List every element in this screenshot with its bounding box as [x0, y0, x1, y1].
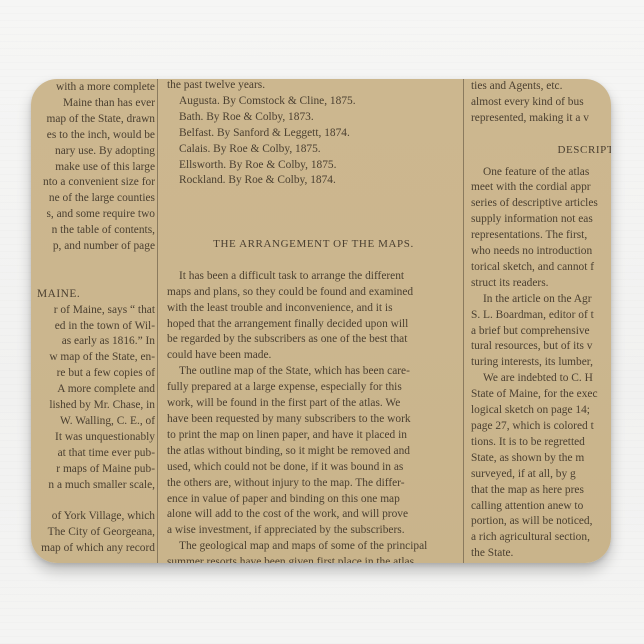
text-line: a wise investment, if appreciated by the… [167, 523, 460, 539]
left-paragraph-b: r of Maine, says “ thated in the town of… [31, 303, 155, 494]
text-line: a rich agricultural section, [471, 530, 611, 546]
text-line: the others are, without injury to the ma… [167, 476, 460, 492]
text-line: The outline map of the State, which has … [167, 364, 460, 380]
text-line: the State. [471, 546, 611, 562]
right-paragraph-b: One feature of the atlasmeet with the co… [471, 165, 611, 563]
text-line: map of the State, drawn [31, 112, 155, 128]
text-line: have been requested by many subscribers … [167, 412, 460, 428]
text-line: Calais. By Roe & Colby, 1875. [167, 142, 460, 158]
text-line: portion, as will be noticed, [471, 514, 611, 530]
text-line: used, which could not be done, if it was… [167, 460, 460, 476]
text-line: nto a convenient size for [31, 175, 155, 191]
text-line: s, and some require two [31, 207, 155, 223]
text-line: One feature of the atlas [471, 165, 611, 181]
text-line: S. L. Boardman, editor of t [471, 308, 611, 324]
text-line: es to the inch, would be [31, 128, 155, 144]
text-line: Belfast. By Sanford & Leggett, 1874. [167, 126, 460, 142]
text-line: Rockland. By Roe & Colby, 1874. [167, 173, 460, 189]
text-line: logical sketch on page 14; [471, 403, 611, 419]
text-line: Augusta. By Comstock & Cline, 1875. [167, 94, 460, 110]
text-line: surveyed, if at all, by g [471, 467, 611, 483]
middle-intro-line: the past twelve years. [167, 79, 460, 94]
text-line: torical sketch, and cannot f [471, 260, 611, 276]
text-line: A more complete and [31, 382, 155, 398]
text-line: It was unquestionably [31, 430, 155, 446]
text-line: ties and Agents, etc. [471, 79, 611, 95]
text-line: with a more complete [31, 80, 155, 96]
text-line: map of which any record [31, 541, 155, 557]
text-line: r of Maine, says “ that [31, 303, 155, 319]
text-line: Maine than has ever [31, 96, 155, 112]
arrangement-heading: THE ARRANGEMENT OF THE MAPS. [167, 237, 460, 253]
city-maps-list: Augusta. By Comstock & Cline, 1875.Bath.… [167, 94, 460, 189]
right-column: ties and Agents, etc.almost every kind o… [471, 79, 611, 563]
text-line: ne of the large counties [31, 191, 155, 207]
text-line: Ellsworth. By Roe & Colby, 1875. [167, 158, 460, 174]
text-line: ence in value of paper and binding on th… [167, 492, 460, 508]
text-line: almost every kind of bus [471, 95, 611, 111]
text-line: turing interests, its lumber, [471, 355, 611, 371]
text-line: could have been made. [167, 348, 460, 364]
text-line: summer resorts have been given first pla… [167, 555, 460, 563]
text-line: ed in the town of Wil- [31, 319, 155, 335]
text-line: at that time ever pub- [31, 446, 155, 462]
text-line: represented, making it a v [471, 111, 611, 127]
text-line: The educational system, t [471, 562, 611, 563]
text-line: tural resources, but of its v [471, 339, 611, 355]
text-line: the atlas without binding, so it might b… [167, 444, 460, 460]
text-line: n a much smaller scale, [31, 478, 155, 494]
text-line: p, and number of page [31, 239, 155, 255]
text-line: meet with the cordial appr [471, 180, 611, 196]
text-line: We are indebted to C. H [471, 371, 611, 387]
arrangement-paragraph-3: The geological map and maps of some of t… [167, 539, 460, 563]
text-line: fully prepared at a large expense, espec… [167, 380, 460, 396]
text-line: page 27, which is colored t [471, 419, 611, 435]
text-line: series of descriptive articles [471, 196, 611, 212]
text-line: hoped that the arrangement finally decid… [167, 317, 460, 333]
text-line: with the least trouble and inconvenience… [167, 301, 460, 317]
middle-column: the past twelve years. Augusta. By Comst… [167, 79, 460, 563]
right-paragraph-a: ties and Agents, etc.almost every kind o… [471, 79, 611, 127]
text-line: to print the map on linen paper, and hav… [167, 428, 460, 444]
text-line: The City of Georgeana, [31, 525, 155, 541]
text-line: In the article on the Agr [471, 292, 611, 308]
text-line: The geological map and maps of some of t… [167, 539, 460, 555]
text-line: calling attention anew to [471, 499, 611, 515]
arrangement-paragraph-1: It has been a difficult task to arrange … [167, 269, 460, 364]
text-line: It has been a difficult task to arrange … [167, 269, 460, 285]
text-line: lished by Mr. Chase, in [31, 398, 155, 414]
text-line: representations. The first, [471, 228, 611, 244]
column-divider-right [463, 79, 464, 563]
text-line: supply information not eas [471, 212, 611, 228]
text-line: nary use. By adopting [31, 144, 155, 160]
text-line: who needs no introduction [471, 244, 611, 260]
text-line: work, will be found in the first part of… [167, 396, 460, 412]
text-line: alone will add to the cost of the work, … [167, 507, 460, 523]
text-line: struct its readers. [471, 276, 611, 292]
text-line: that the map as here pres [471, 483, 611, 499]
text-line: tions. It is to be regretted [471, 435, 611, 451]
text-line: be regarded by the subscribers as one of… [167, 332, 460, 348]
descriptive-heading: DESCRIPTIV [471, 143, 611, 159]
text-line: State, as shown by the m [471, 451, 611, 467]
text-line: a brief but comprehensive [471, 324, 611, 340]
arrangement-paragraph-2: The outline map of the State, which has … [167, 364, 460, 539]
left-paragraph-c: of York Village, whichThe City of George… [31, 509, 155, 557]
text-line: State of Maine, for the exec [471, 387, 611, 403]
text-line: of York Village, which [31, 509, 155, 525]
text-line: r maps of Maine pub- [31, 462, 155, 478]
text-line: n the table of contents, [31, 223, 155, 239]
column-divider-left [157, 79, 158, 563]
left-heading-maine: MAINE. [31, 287, 155, 303]
text-line: maps and plans, so they could be found a… [167, 285, 460, 301]
text-line: w map of the State, en- [31, 350, 155, 366]
text-line: W. Walling, C. E., of [31, 414, 155, 430]
text-line: as early as 1816.” In [31, 334, 155, 350]
left-column: with a more completeMaine than has everm… [31, 80, 155, 563]
text-line: re but a few copies of [31, 366, 155, 382]
text-line: make use of this large [31, 160, 155, 176]
left-paragraph-a: with a more completeMaine than has everm… [31, 80, 155, 255]
mousepad: with a more completeMaine than has everm… [31, 79, 611, 563]
text-line: Bath. By Roe & Colby, 1873. [167, 110, 460, 126]
